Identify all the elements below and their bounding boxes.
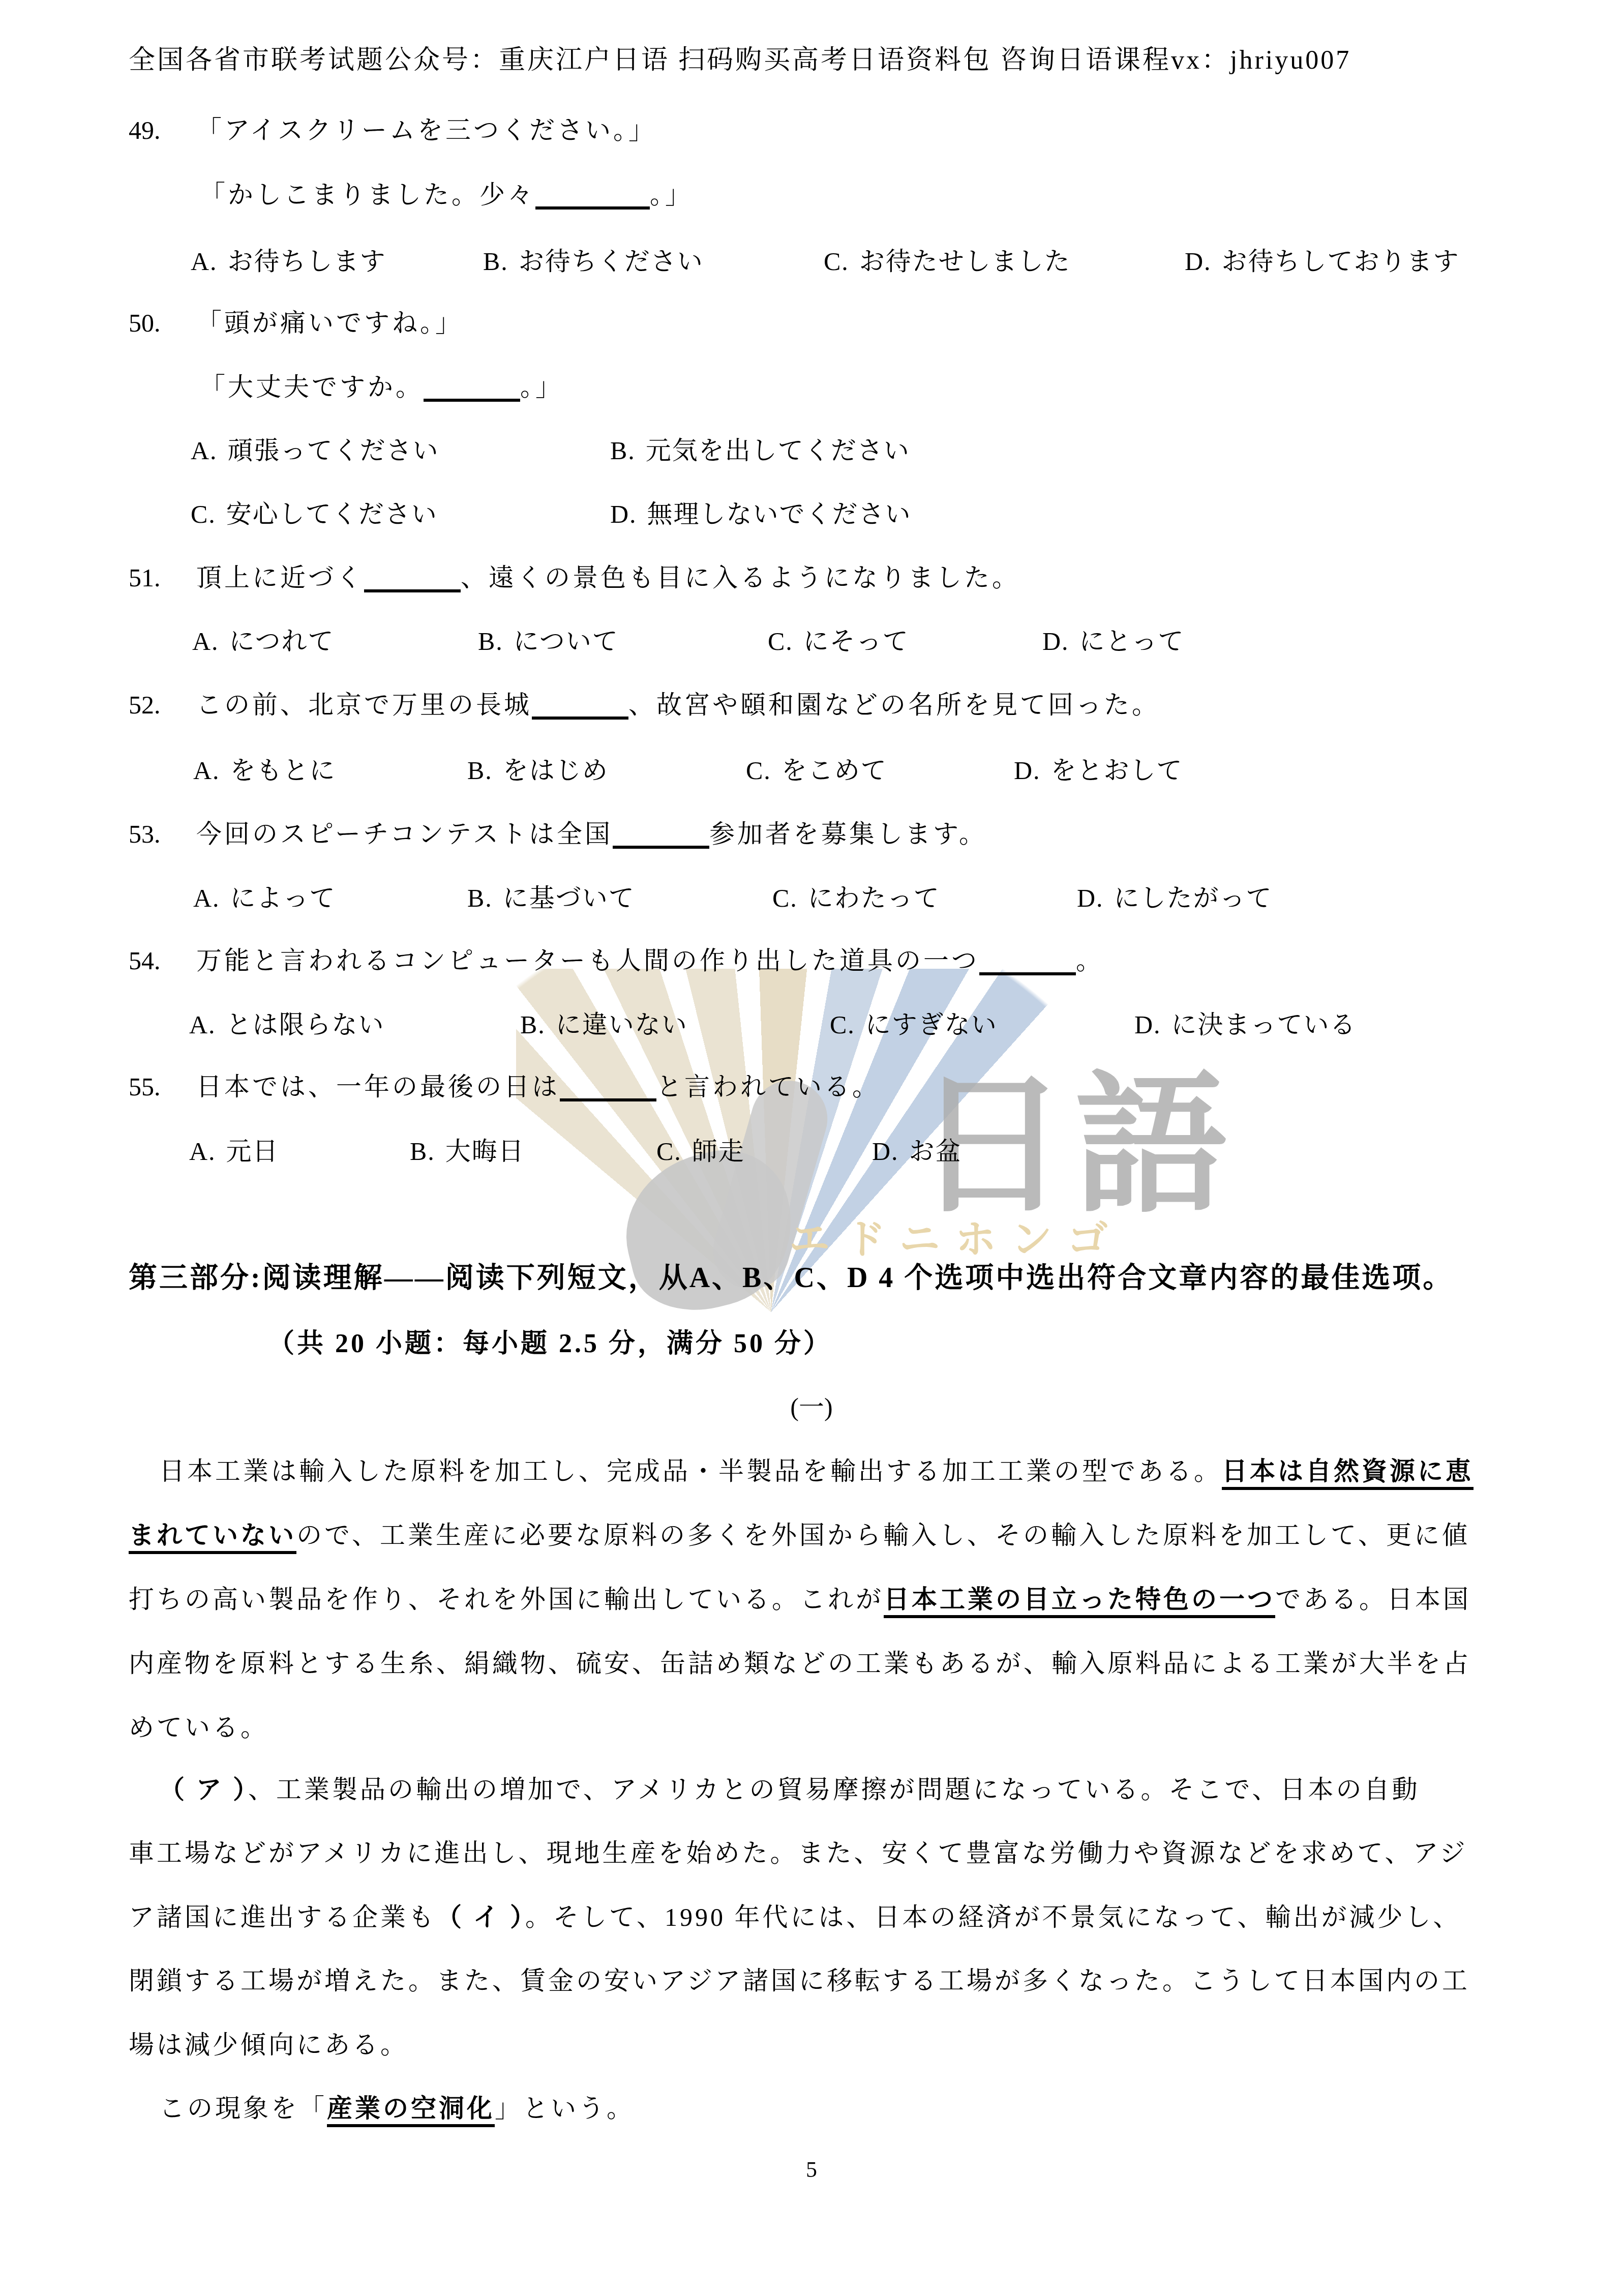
option-b: B.について	[478, 625, 619, 657]
passage-underlined-text: 日本工業の目立った特色の一つ	[884, 1585, 1275, 1618]
option-label: B.	[410, 1137, 435, 1166]
option-a: A.頑張ってください	[191, 435, 439, 466]
passage-text: 。そして、1990 年代には、日本の経済が不景気になって、輸出が減少し、	[525, 1903, 1461, 1931]
question-55-stem: 55.日本では、一年の最後の日はと言われている。	[129, 1071, 880, 1102]
option-text: をもとに	[230, 756, 336, 785]
option-label: A.	[191, 247, 218, 276]
exam-page: 日語 エドニホンゴ 全国各省市联考试题公众号：重庆江户日语 扫码购买高考日语资料…	[0, 0, 1623, 2296]
stem-post: 、故宮や頤和園などの名所を見て回った。	[628, 691, 1160, 719]
option-label: D.	[1077, 884, 1104, 912]
option-text: にそって	[803, 627, 909, 655]
option-label: C.	[191, 500, 216, 528]
passage-line: 閉鎖する工場が増えた。また、賃金の安いアジア諸国に移転する工場が多くなった。こう…	[129, 1965, 1470, 1996]
option-text: 師走	[692, 1137, 745, 1166]
question-number: 55.	[129, 1071, 196, 1102]
passage-line: 内産物を原料とする生糸、絹織物、硫安、缶詰め類などの工業もあるが、輸入原料品によ…	[129, 1648, 1471, 1679]
question-52-options: A.をもとに B.をはじめ C.をこめて D.をとおして	[0, 755, 1623, 786]
option-text: をとおして	[1051, 756, 1183, 785]
passage-line: 打ちの高い製品を作り、それを外国に輸出している。これが日本工業の目立った特色の一…	[129, 1584, 1471, 1615]
option-c: C.にそって	[768, 625, 909, 657]
reply-pre: 「かしこまりました。少々	[200, 181, 535, 209]
passage-line: 車工場などがアメリカに進出し、現地生産を始めた。また、安くて豊富な労働力や資源な…	[129, 1837, 1468, 1869]
question-49-reply: 「かしこまりました。少々。」	[200, 179, 693, 211]
option-text: 元気を出してください	[646, 436, 910, 465]
option-text: につれて	[229, 627, 335, 655]
stem-pre: 万能と言われるコンピューターも人間の作り出した道具の一つ	[196, 946, 979, 975]
option-text: にとって	[1079, 627, 1185, 655]
stem-text: 「アイスクリームを三つください。」	[196, 116, 656, 144]
option-b: B.大晦日	[410, 1136, 525, 1167]
option-a: A.につれて	[192, 625, 335, 657]
fill-in-blank	[535, 206, 650, 210]
question-49-options: A.お待ちします B.お待ちください C.お待たせしました D.お待ちしておりま…	[0, 246, 1623, 277]
option-d: D.無理しないでください	[610, 498, 912, 530]
fill-in-blank	[364, 589, 461, 592]
stem-pre: 日本では、一年の最後の日は	[196, 1072, 560, 1101]
question-number: 52.	[129, 689, 196, 721]
section-subtitle: （共 20 小题：每小题 2.5 分，满分 50 分）	[268, 1328, 832, 1360]
passage-text: ので、工業生産に必要な原料の多くを外国から輸入し、その輸入した原料を加工して、更…	[296, 1521, 1470, 1549]
option-b: B.元気を出してください	[610, 435, 910, 466]
question-50-stem: 50.「頭が痛いですね。」	[129, 307, 463, 339]
stem-pre: 頂上に近づく	[196, 563, 364, 592]
option-label: C.	[830, 1010, 855, 1039]
stem-post: 、遠くの景色も目に入るようになりました。	[461, 563, 1020, 592]
fill-in-blank	[560, 1098, 656, 1101]
option-b: B.に基づいて	[467, 882, 635, 914]
question-54-options: A.とは限らない B.に違いない C.にすぎない D.に決まっている	[0, 1009, 1623, 1040]
page-number: 5	[0, 2154, 1623, 2186]
stem-pre: この前、北京で万里の長城	[196, 691, 532, 719]
option-c: C.安心してください	[191, 498, 438, 530]
passage-line: まれていないので、工業生産に必要な原料の多くを外国から輸入し、その輸入した原料を…	[129, 1519, 1470, 1551]
fill-in-blank	[424, 399, 520, 402]
option-label: C.	[768, 627, 793, 655]
question-52-stem: 52.この前、北京で万里の長城、故宮や頤和園などの名所を見て回った。	[129, 689, 1160, 721]
page-header: 全国各省市联考试题公众号：重庆江户日语 扫码购买高考日语资料包 咨询日语课程vx…	[129, 45, 1351, 76]
question-50-reply: 「大丈夫ですか。。」	[200, 371, 563, 403]
passage-label: (一)	[0, 1391, 1623, 1423]
passage-text: ア諸国に進出する企業も	[129, 1903, 436, 1931]
option-text: 無理しないでください	[647, 500, 912, 528]
question-number: 53.	[129, 818, 196, 850]
question-50-options-row-1: A.頑張ってください B.元気を出してください	[0, 435, 1623, 466]
option-label: B.	[483, 247, 508, 276]
option-text: お待ちします	[228, 247, 386, 276]
question-51-options: A.につれて B.について C.にそって D.にとって	[0, 625, 1623, 657]
option-text: に決まっている	[1171, 1010, 1357, 1039]
option-label: A.	[191, 436, 218, 465]
option-d: D.お待ちしております	[1185, 246, 1460, 277]
option-d: D.にしたがって	[1077, 882, 1273, 914]
question-number: 50.	[129, 307, 196, 339]
option-text: お盆	[909, 1137, 962, 1166]
option-text: に違いない	[556, 1010, 688, 1039]
option-label: B.	[478, 627, 503, 655]
option-text: にすぎない	[865, 1010, 998, 1039]
option-label: D.	[1042, 627, 1069, 655]
option-label: D.	[610, 500, 637, 528]
question-53-stem: 53.今回のスピーチコンテストは全国参加者を募集します。	[129, 818, 987, 850]
option-b: B.お待ちください	[483, 246, 704, 277]
option-label: D.	[1014, 756, 1041, 785]
question-55-options: A.元日 B.大晦日 C.師走 D.お盆	[0, 1136, 1623, 1167]
option-text: によって	[230, 884, 336, 912]
passage-line: 日本工業は輸入した原料を加工し、完成品・半製品を輸出する加工工業の型である。日本…	[129, 1455, 1474, 1487]
passage-line: めている。	[129, 1712, 268, 1743]
passage-underlined-text: まれていない	[129, 1521, 296, 1554]
option-c: C.師走	[656, 1136, 745, 1167]
option-label: C.	[824, 247, 849, 276]
option-label: A.	[193, 756, 220, 785]
option-d: D.にとって	[1042, 625, 1185, 657]
passage-text: 日本工業は輸入した原料を加工し、完成品・半製品を輸出する加工工業の型である。	[159, 1457, 1222, 1485]
option-text: 安心してください	[226, 500, 438, 528]
page-content: 全国各省市联考试题公众号：重庆江户日语 扫码购买高考日语资料包 咨询日语课程vx…	[0, 0, 1623, 2296]
option-text: 頑張ってください	[228, 436, 439, 465]
option-text: お待ちしております	[1222, 247, 1460, 276]
passage-text: この現象を「	[159, 2094, 327, 2123]
option-c: C.お待たせしました	[824, 246, 1071, 277]
passage-line: （ ア ）、工業製品の輸出の増加で、アメリカとの貿易摩擦が問題になっている。そこ…	[129, 1774, 1420, 1805]
stem-text: 「頭が痛いですね。」	[196, 309, 463, 337]
option-label: C.	[746, 756, 771, 785]
question-51-stem: 51.頂上に近づく、遠くの景色も目に入るようになりました。	[129, 562, 1020, 593]
option-label: C.	[772, 884, 798, 912]
fill-in-blank	[613, 846, 709, 849]
passage-line: ア諸国に進出する企業も（ イ ）。そして、1990 年代には、日本の経済が不景気…	[129, 1901, 1461, 1933]
passage-text: 打ちの高い製品を作り、それを外国に輸出している。これが	[129, 1585, 884, 1614]
option-a: A.とは限らない	[189, 1009, 385, 1040]
passage-text: 」という。	[495, 2094, 635, 2123]
option-text: にわたって	[808, 884, 940, 912]
question-50-options-row-2: C.安心してください D.無理しないでください	[0, 498, 1623, 530]
option-text: にしたがって	[1114, 884, 1273, 912]
option-d: D.をとおして	[1014, 755, 1183, 786]
option-a: A.元日	[189, 1136, 279, 1167]
question-number: 54.	[129, 945, 196, 976]
option-text: 大晦日	[445, 1137, 525, 1166]
fill-in-blank	[979, 972, 1076, 975]
option-label: B.	[467, 884, 493, 912]
option-label: B.	[467, 756, 493, 785]
stem-post: 。	[1076, 946, 1104, 975]
option-a: A.によって	[193, 882, 336, 914]
option-text: に基づいて	[503, 884, 635, 912]
option-a: A.をもとに	[193, 755, 336, 786]
question-number: 49.	[129, 114, 196, 146]
option-d: D.お盆	[872, 1136, 962, 1167]
stem-post: と言われている。	[656, 1072, 880, 1101]
option-label: A.	[192, 627, 219, 655]
option-label: A.	[189, 1137, 216, 1166]
option-text: について	[514, 627, 619, 655]
option-text: お待たせしました	[859, 247, 1071, 276]
option-label: C.	[656, 1137, 682, 1166]
option-c: C.にすぎない	[830, 1009, 998, 1040]
option-label: D.	[1185, 247, 1212, 276]
question-49-stem: 49.「アイスクリームを三つください。」	[129, 114, 656, 146]
option-b: B.に違いない	[520, 1009, 688, 1040]
option-label: B.	[520, 1010, 546, 1039]
passage-underlined-text: 産業の空洞化	[327, 2094, 495, 2127]
option-label: B.	[610, 436, 636, 465]
option-c: C.をこめて	[746, 755, 887, 786]
passage-line: 場は減少傾向にある。	[129, 2029, 408, 2061]
blank-marker-i: （ イ ）	[436, 1903, 525, 1931]
option-d: D.に決まっている	[1134, 1009, 1357, 1040]
question-number: 51.	[129, 562, 196, 593]
fill-in-blank	[532, 717, 628, 720]
section-title: 第三部分:阅读理解——阅读下列短文，从A、B、C、D 4 个选项中选出符合文章内…	[129, 1262, 1453, 1294]
passage-text: である。日本国	[1275, 1585, 1471, 1614]
option-text: をはじめ	[503, 756, 609, 785]
reply-post: 。」	[520, 373, 563, 401]
option-b: B.をはじめ	[467, 755, 609, 786]
option-label: A.	[193, 884, 220, 912]
reply-post: 。」	[650, 181, 693, 209]
stem-post: 参加者を募集します。	[709, 820, 987, 848]
option-text: 元日	[226, 1137, 279, 1166]
passage-line: この現象を「産業の空洞化」という。	[129, 2093, 635, 2124]
question-54-stem: 54.万能と言われるコンピューターも人間の作り出した道具の一つ。	[129, 945, 1104, 976]
blank-marker-a: （ ア ）	[159, 1775, 248, 1804]
option-c: C.にわたって	[772, 882, 940, 914]
option-label: A.	[189, 1010, 216, 1039]
passage-text: 、工業製品の輸出の増加で、アメリカとの貿易摩擦が問題になっている。そこで、日本の…	[248, 1775, 1420, 1804]
question-53-options: A.によって B.に基づいて C.にわたって D.にしたがって	[0, 882, 1623, 914]
option-text: をこめて	[782, 756, 887, 785]
option-label: D.	[1134, 1010, 1161, 1039]
reply-pre: 「大丈夫ですか。	[200, 373, 424, 401]
option-label: D.	[872, 1137, 899, 1166]
option-a: A.お待ちします	[191, 246, 386, 277]
stem-pre: 今回のスピーチコンテストは全国	[196, 820, 613, 848]
passage-underlined-text: 日本は自然資源に恵	[1222, 1457, 1474, 1490]
option-text: とは限らない	[226, 1010, 385, 1039]
option-text: お待ちください	[519, 247, 704, 276]
